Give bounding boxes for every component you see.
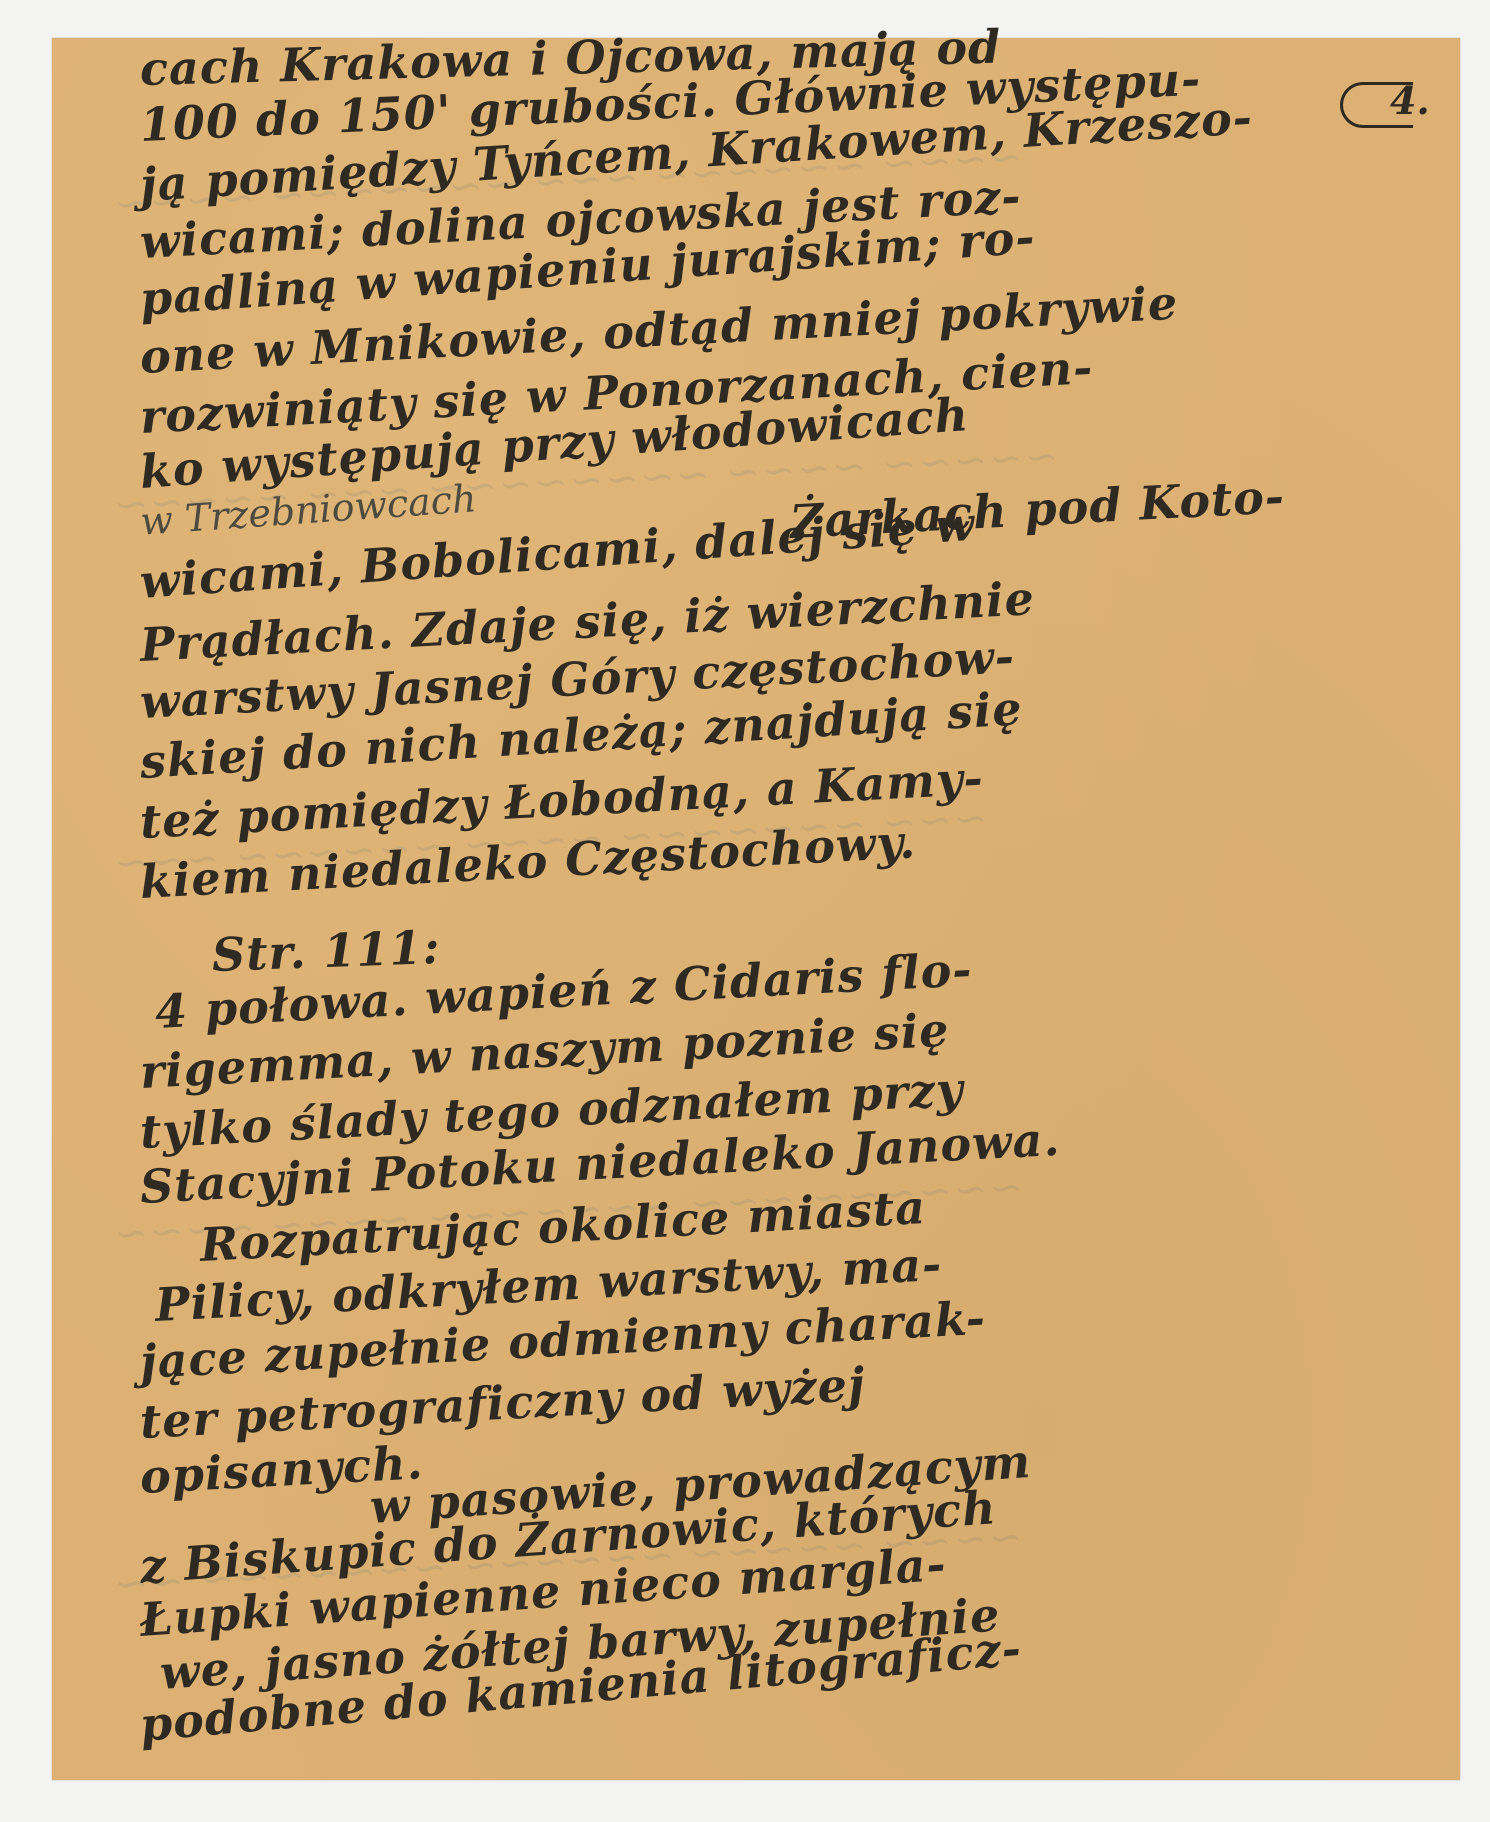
scanned-page: ~~~~ ~~~~~~ ~~~ ~~~~~~~ ~~~~ ~~~~~ ~~~~ … [0, 0, 1490, 1822]
page-number-text: 4. [1390, 78, 1430, 123]
page-number: 4. [1340, 78, 1440, 128]
manuscript-paper: ~~~~ ~~~~~~ ~~~ ~~~~~~~ ~~~~ ~~~~~ ~~~~ … [52, 38, 1460, 1780]
